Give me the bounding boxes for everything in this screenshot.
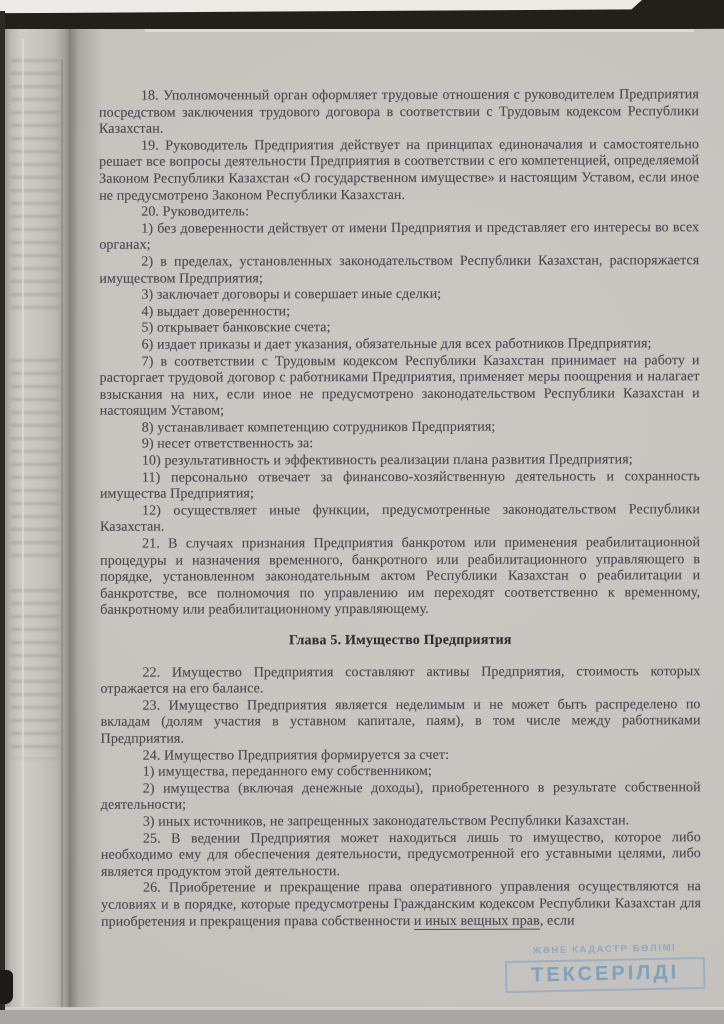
list-item-20-8: 8) устанавливает компетенцию сотрудников… — [100, 419, 700, 437]
scan-left-shadow — [0, 11, 5, 1010]
list-item-20-3: 3) заключает договоры и совершает иные с… — [99, 286, 699, 304]
ink-blob — [0, 970, 13, 1004]
page-bottom-edge-highlight — [5, 1007, 724, 1010]
list-item-20-6: 6) издает приказы и дает указания, обяза… — [100, 336, 700, 354]
paragraph-22: 22. Имущество Предприятия составляют акт… — [100, 664, 700, 699]
paragraph-26-tail: , если — [540, 913, 575, 928]
list-item-20-11: 11) персонально отвечает за финансово-хо… — [100, 469, 700, 504]
list-item-20-10: 10) результативность и эффективность реа… — [100, 452, 700, 470]
paragraph-26: 26. Приобретение и прекращение права опе… — [101, 880, 701, 931]
page-edge-line — [61, 59, 63, 1008]
list-item-20-7: 7) в соответствии с Трудовым кодексом Ре… — [100, 353, 700, 421]
list-item-20-12: 12) осуществляет иные функции, предусмот… — [100, 502, 700, 537]
paragraph-21: 21. В случаях признания Предприятия банк… — [100, 535, 700, 620]
paragraph-26-underlined-phrase: и иных вещных прав — [414, 913, 540, 929]
paragraph-25: 25. В ведении Предприятия может находить… — [101, 830, 701, 881]
bleed-through-text — [11, 59, 59, 319]
list-item-20-2: 2) в пределах, установленных законодател… — [99, 253, 699, 288]
list-item-24-1: 1) имущества, переданного ему собственни… — [101, 763, 701, 781]
bleed-through-text — [11, 359, 59, 559]
page-edge-line — [22, 39, 24, 1008]
paragraph-20: 20. Руководитель: — [99, 203, 699, 221]
list-item-24-3: 3) иных источников, не запрещенных закон… — [101, 813, 701, 831]
paragraph-26-text: 26. Приобретение и прекращение права опе… — [101, 880, 701, 930]
bleed-through-text — [11, 589, 59, 759]
list-item-20-9: 9) несет ответственность за: — [100, 436, 700, 454]
paragraph-18: 18. Уполномоченный орган оформляет трудо… — [99, 87, 699, 138]
list-item-20-1: 1) без доверенности действует от имени П… — [99, 220, 699, 255]
scanned-document-page: 18. Уполномоченный орган оформляет трудо… — [0, 0, 724, 1024]
page-top-edge-highlight — [145, 29, 694, 32]
stamp-checked-box: ТЕКСЕРІЛДІ — [505, 957, 706, 993]
paragraph-19: 19. Руководитель Предприятия действует н… — [99, 137, 699, 205]
list-item-20-5: 5) открывает банковские счета; — [100, 320, 700, 338]
document-text: 18. Уполномоченный орган оформляет трудо… — [99, 87, 701, 931]
paragraph-23: 23. Имущество Предприятия является недел… — [100, 697, 700, 748]
list-item-20-4: 4) выдает доверенности; — [99, 303, 699, 321]
verification-stamp: ЖӘНЕ КАДАСТР БӨЛІМІ ТЕКСЕРІЛДІ — [505, 942, 706, 993]
book-gutter-shadow — [69, 29, 103, 1008]
chapter-5-heading: Глава 5. Имущество Предприятия — [100, 632, 700, 650]
list-item-24-2: 2) имущества (включая денежные доходы), … — [101, 780, 701, 815]
paragraph-24: 24. Имущество Предприятия формируется за… — [101, 747, 701, 765]
